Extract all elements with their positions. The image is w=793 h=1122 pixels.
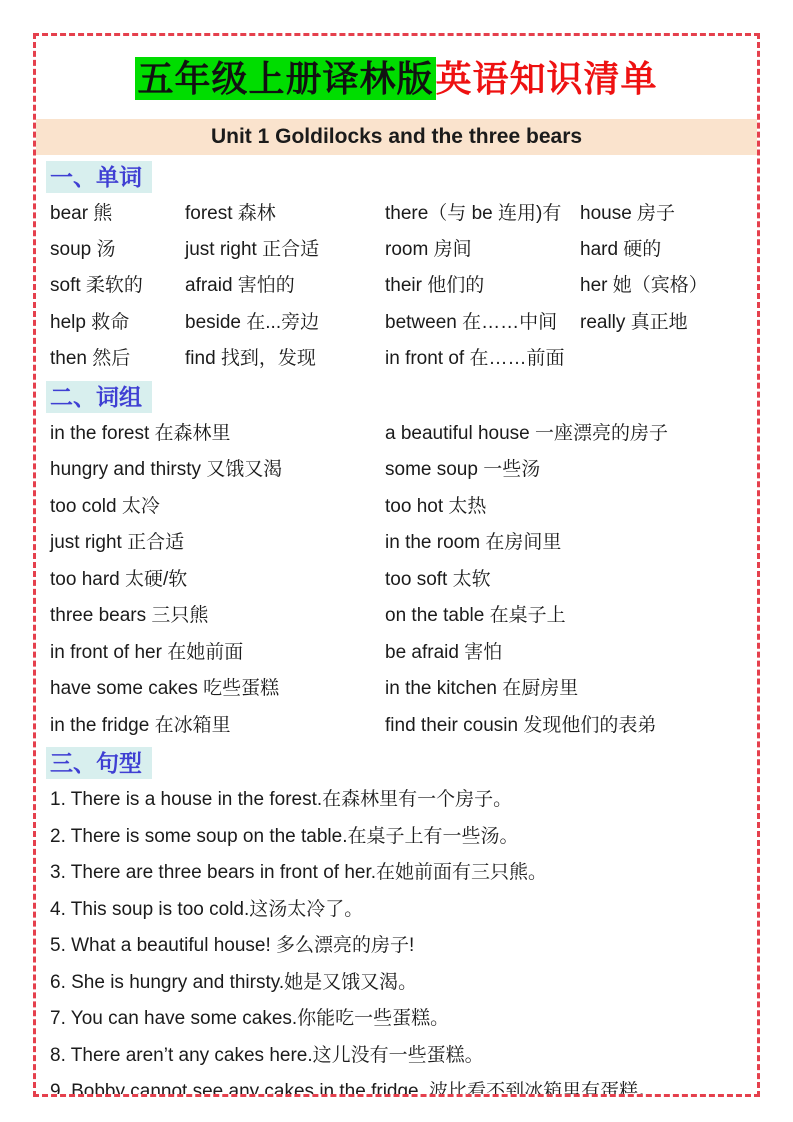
phrase-item: a beautiful house 一座漂亮的房子	[385, 418, 757, 445]
sentence-list: 1. There is a house in the forest.在森林里有一…	[36, 779, 757, 1097]
word-list: bear 熊 forest 森林 there（与 be 连用)有 house 房…	[36, 193, 757, 375]
phrase-item: find their cousin 发现他们的表弟	[385, 710, 757, 737]
sentence-row: 1. There is a house in the forest.在森林里有一…	[36, 779, 757, 816]
word-item: find 找到，发现	[185, 343, 385, 370]
phrase-row: have some cakes 吃些蛋糕 in the kitchen 在厨房里	[36, 668, 757, 705]
word-row: then 然后 find 找到，发现 in front of 在……前面	[36, 339, 757, 375]
word-item: beside 在...旁边	[185, 307, 385, 334]
sentence-text: 8. There aren’t any cakes here.这儿没有一些蛋糕。	[50, 1040, 484, 1067]
sentence-text: 9. Bobby cannot see any cakes in the fri…	[50, 1076, 657, 1097]
word-item: just right 正合适	[185, 234, 385, 261]
phrase-item: too soft 太软	[385, 564, 757, 591]
unit-header-text: Unit 1 Goldilocks and the three bears	[211, 125, 582, 149]
word-item: her 她（宾格）	[580, 270, 757, 297]
section-heading-phrases: 二、词组	[46, 381, 152, 413]
phrase-item: in the kitchen 在厨房里	[385, 673, 757, 700]
word-item: then 然后	[50, 343, 185, 370]
sentence-text: 7. You can have some cakes.你能吃一些蛋糕。	[50, 1003, 449, 1030]
phrase-item: just right 正合适	[50, 527, 385, 554]
phrase-row: in the forest 在森林里 a beautiful house 一座漂…	[36, 413, 757, 450]
word-item: there（与 be 连用)有	[385, 198, 580, 225]
title-highlighted-text: 五年级上册译林版	[135, 57, 435, 100]
phrase-row: in front of her 在她前面 be afraid 害怕	[36, 632, 757, 669]
phrase-item: on the table 在桌子上	[385, 600, 757, 627]
word-item: in front of 在……前面	[385, 343, 580, 370]
phrase-item: in the room 在房间里	[385, 527, 757, 554]
section-heading-words: 一、单词	[46, 161, 152, 193]
sentence-row: 2. There is some soup on the table.在桌子上有…	[36, 816, 757, 853]
phrase-row: too cold 太冷 too hot 太热	[36, 486, 757, 523]
word-item: hard 硬的	[580, 234, 757, 261]
sentence-text: 2. There is some soup on the table.在桌子上有…	[50, 821, 519, 848]
word-item: soup 汤	[50, 234, 185, 261]
phrase-item: in front of her 在她前面	[50, 637, 385, 664]
word-item: help 救命	[50, 307, 185, 334]
page-title: 五年级上册译林版英语知识清单	[36, 54, 757, 104]
word-item: house 房子	[580, 198, 757, 225]
phrase-item: hungry and thirsty 又饿又渴	[50, 454, 385, 481]
word-row: soft 柔软的 afraid 害怕的 their 他们的 her 她（宾格）	[36, 266, 757, 302]
phrase-item: some soup 一些汤	[385, 454, 757, 481]
phrase-item: have some cakes 吃些蛋糕	[50, 673, 385, 700]
word-item: afraid 害怕的	[185, 270, 385, 297]
sentence-text: 6. She is hungry and thirsty.她是又饿又渴。	[50, 967, 417, 994]
sentence-text: 4. This soup is too cold.这汤太冷了。	[50, 894, 363, 921]
sentence-row: 4. This soup is too cold.这汤太冷了。	[36, 889, 757, 926]
phrase-item: too hot 太热	[385, 491, 757, 518]
word-row: help 救命 beside 在...旁边 between 在……中间 real…	[36, 302, 757, 338]
sentence-text: 5. What a beautiful house! 多么漂亮的房子!	[50, 930, 414, 957]
word-row: soup 汤 just right 正合适 room 房间 hard 硬的	[36, 229, 757, 265]
word-item: forest 森林	[185, 198, 385, 225]
phrase-item: too hard 太硬/软	[50, 564, 385, 591]
phrase-item: be afraid 害怕	[385, 637, 757, 664]
word-item: between 在……中间	[385, 307, 580, 334]
sentence-row: 8. There aren’t any cakes here.这儿没有一些蛋糕。	[36, 1035, 757, 1072]
word-row: bear 熊 forest 森林 there（与 be 连用)有 house 房…	[36, 193, 757, 229]
word-item: their 他们的	[385, 270, 580, 297]
phrase-item: in the fridge 在冰箱里	[50, 710, 385, 737]
phrase-list: in the forest 在森林里 a beautiful house 一座漂…	[36, 413, 757, 742]
phrase-row: just right 正合适 in the room 在房间里	[36, 522, 757, 559]
sentence-row: 3. There are three bears in front of her…	[36, 852, 757, 889]
worksheet-page: 五年级上册译林版英语知识清单 Unit 1 Goldilocks and the…	[0, 0, 793, 1122]
phrase-row: in the fridge 在冰箱里 find their cousin 发现他…	[36, 705, 757, 742]
section-heading-sentences: 三、句型	[46, 747, 152, 779]
sentence-text: 1. There is a house in the forest.在森林里有一…	[50, 784, 512, 811]
phrase-row: three bears 三只熊 on the table 在桌子上	[36, 595, 757, 632]
sentence-row: 6. She is hungry and thirsty.她是又饿又渴。	[36, 962, 757, 999]
unit-header-bar: Unit 1 Goldilocks and the three bears	[36, 119, 757, 155]
word-item: bear 熊	[50, 198, 185, 225]
phrase-row: too hard 太硬/软 too soft 太软	[36, 559, 757, 596]
sentence-text: 3. There are three bears in front of her…	[50, 857, 547, 884]
word-item: really 真正地	[580, 307, 757, 334]
phrase-row: hungry and thirsty 又饿又渴 some soup 一些汤	[36, 449, 757, 486]
word-item: soft 柔软的	[50, 270, 185, 297]
word-item: room 房间	[385, 234, 580, 261]
sentence-row: 7. You can have some cakes.你能吃一些蛋糕。	[36, 998, 757, 1035]
phrase-item: three bears 三只熊	[50, 600, 385, 627]
dashed-border-sheet: 五年级上册译林版英语知识清单 Unit 1 Goldilocks and the…	[33, 33, 760, 1097]
sentence-row: 9. Bobby cannot see any cakes in the fri…	[36, 1071, 757, 1097]
sentence-row: 5. What a beautiful house! 多么漂亮的房子!	[36, 925, 757, 962]
title-red-text: 英语知识清单	[436, 58, 658, 99]
phrase-item: too cold 太冷	[50, 491, 385, 518]
phrase-item: in the forest 在森林里	[50, 418, 385, 445]
